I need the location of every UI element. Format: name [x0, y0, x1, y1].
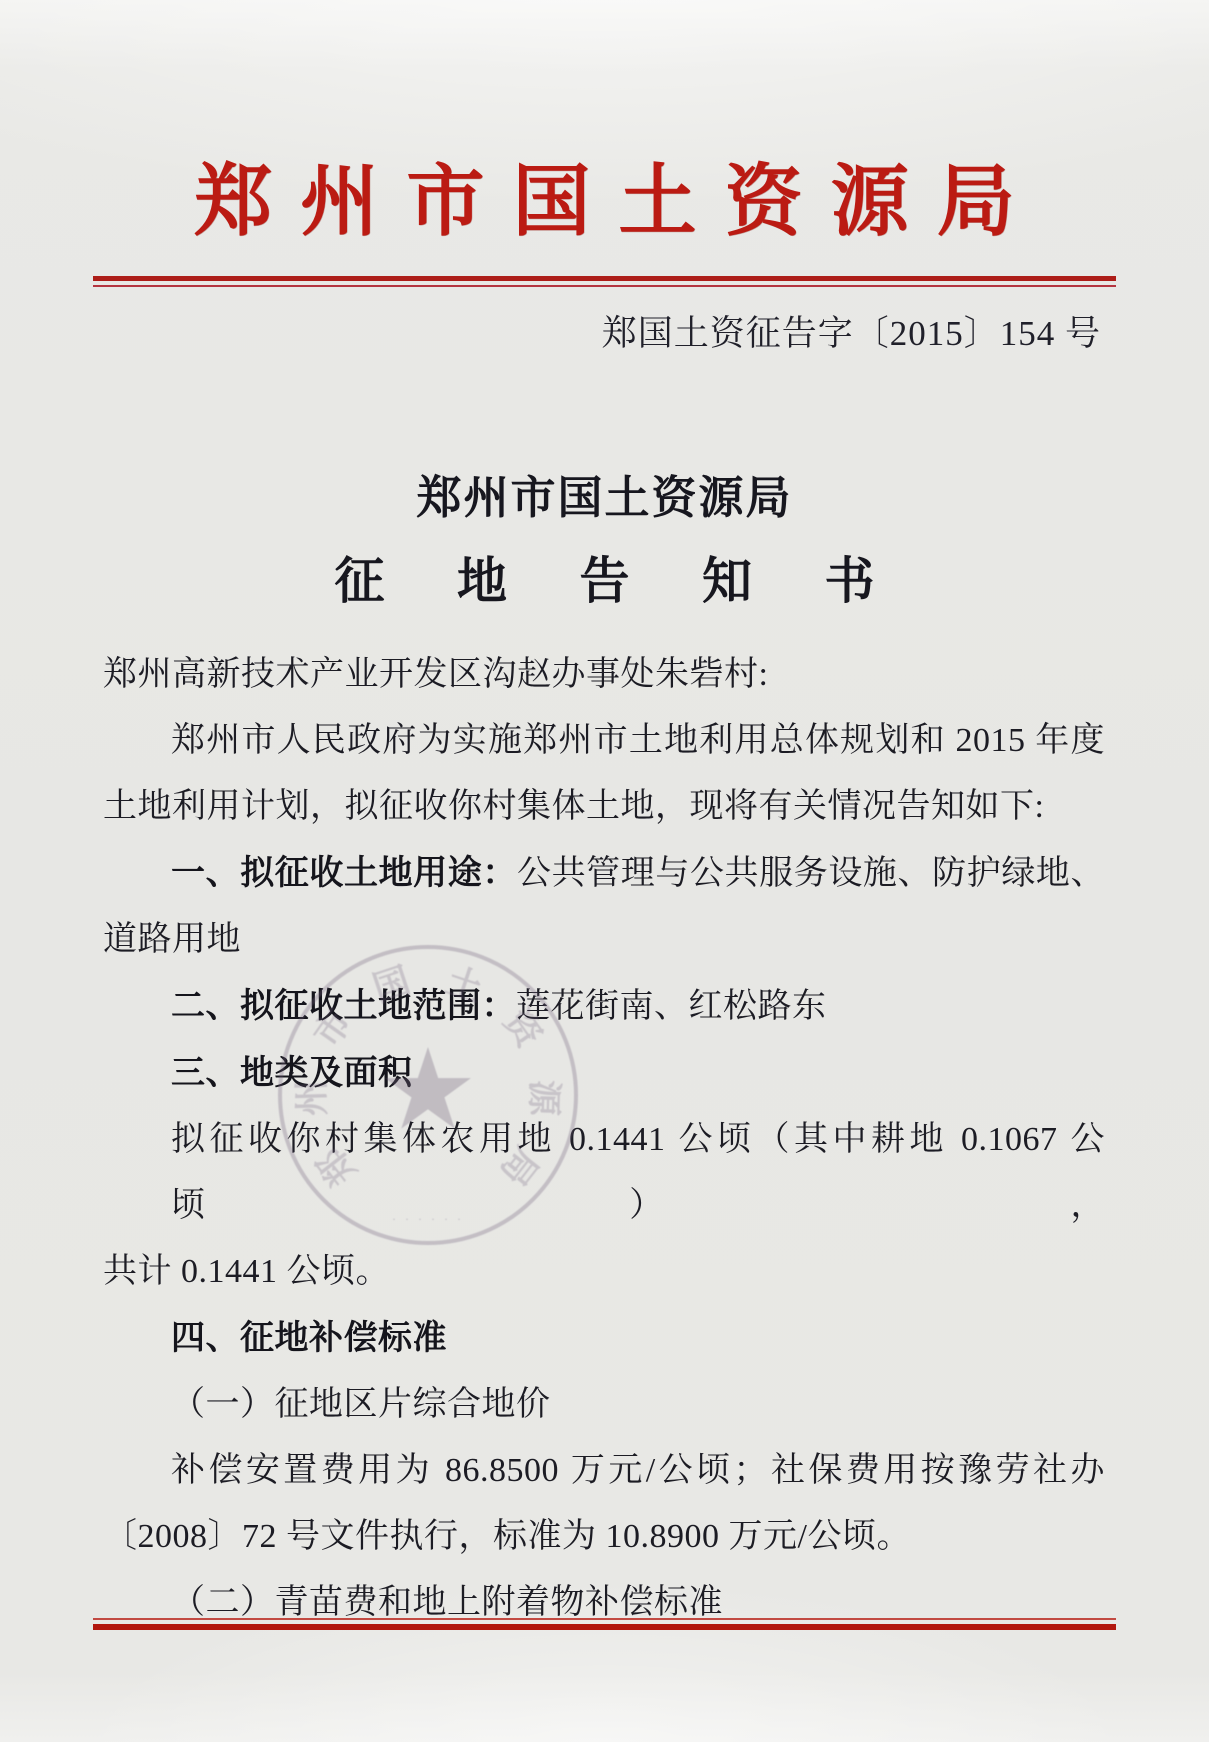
body-heading-segment: 三、地类及面积 [171, 1054, 413, 1092]
document-page: 郑州市国土资源局 郑国土资征告字〔2015〕154 号 郑州市国土资源局 征地告… [0, 0, 1209, 1742]
body-line: 郑州市人民政府为实施郑州市土地利用总体规划和 2015 年度 [103, 708, 1105, 774]
body-line: 共计 0.1441 公顷。 [103, 1239, 1105, 1305]
body-text-segment: 土地利用计划，拟征收你村集体土地，现将有关情况告知如下: [103, 788, 1044, 825]
body-line: 三、地类及面积 [103, 1040, 1105, 1107]
footer-double-rule [93, 1618, 1116, 1630]
body-text-segment: （二）青苗费和地上附着物补偿标准 [171, 1584, 723, 1621]
body-line: 四、征地补偿标准 [103, 1305, 1105, 1372]
body-text-segment: 莲花街南、红松路东 [516, 988, 827, 1025]
body-text-segment: 共计 0.1441 公顷。 [103, 1253, 390, 1290]
body-line: 道路用地 [103, 907, 1105, 973]
agency-letterhead-title: 郑州市国土资源局 [0, 152, 1209, 252]
body-heading-segment: 四、征地补偿标准 [171, 1319, 447, 1357]
body: 郑州高新技术产业开发区沟赵办事处朱砦村:郑州市人民政府为实施郑州市土地利用总体规… [103, 642, 1105, 1636]
header-rule-thin [93, 285, 1116, 287]
notice-title-line2: 征地告知书 [0, 548, 1209, 614]
body-line: 〔2008〕72 号文件执行，标准为 10.8900 万元/公顷。 [103, 1504, 1105, 1570]
body-line: 拟征收你村集体农用地 0.1441 公顷（其中耕地 0.1067 公顷）， [103, 1107, 1105, 1239]
body-line: 土地利用计划，拟征收你村集体土地，现将有关情况告知如下: [103, 774, 1105, 840]
body-text-segment: 道路用地 [103, 921, 241, 958]
body-text-segment: 郑州高新技术产业开发区沟赵办事处朱砦村: [103, 656, 768, 693]
document-number: 郑国土资征告字〔2015〕154 号 [0, 311, 1209, 357]
notice-title-line1: 郑州市国土资源局 [0, 468, 1209, 528]
body-heading-segment: 一、拟征收土地用途： [171, 854, 517, 892]
body-text-segment: 补偿安置费用为 86.8500 万元/公顷；社保费用按豫劳社办 [171, 1452, 1105, 1489]
body-line: 二、拟征收土地范围：莲花街南、红松路东 [103, 973, 1105, 1040]
body-text-segment: （一）征地区片综合地价 [171, 1386, 551, 1423]
body-text-segment: 拟征收你村集体农用地 0.1441 公顷（其中耕地 0.1067 公顷）， [171, 1121, 1105, 1224]
body-text-segment: 〔2008〕72 号文件执行，标准为 10.8900 万元/公顷。 [103, 1518, 911, 1555]
footer-rule-thick [93, 1624, 1116, 1630]
body-heading-segment: 二、拟征收土地范围： [171, 987, 516, 1025]
body-line: 郑州高新技术产业开发区沟赵办事处朱砦村: [103, 642, 1105, 708]
body-text-segment: 公共管理与公共服务设施、防护绿地、 [517, 855, 1105, 892]
body-line: 一、拟征收土地用途：公共管理与公共服务设施、防护绿地、 [103, 840, 1105, 907]
body-line: （一）征地区片综合地价 [103, 1372, 1105, 1438]
body-line: 补偿安置费用为 86.8500 万元/公顷；社保费用按豫劳社办 [103, 1438, 1105, 1504]
body-text-segment: 郑州市人民政府为实施郑州市土地利用总体规划和 2015 年度 [171, 722, 1105, 759]
header-double-rule [93, 276, 1116, 287]
